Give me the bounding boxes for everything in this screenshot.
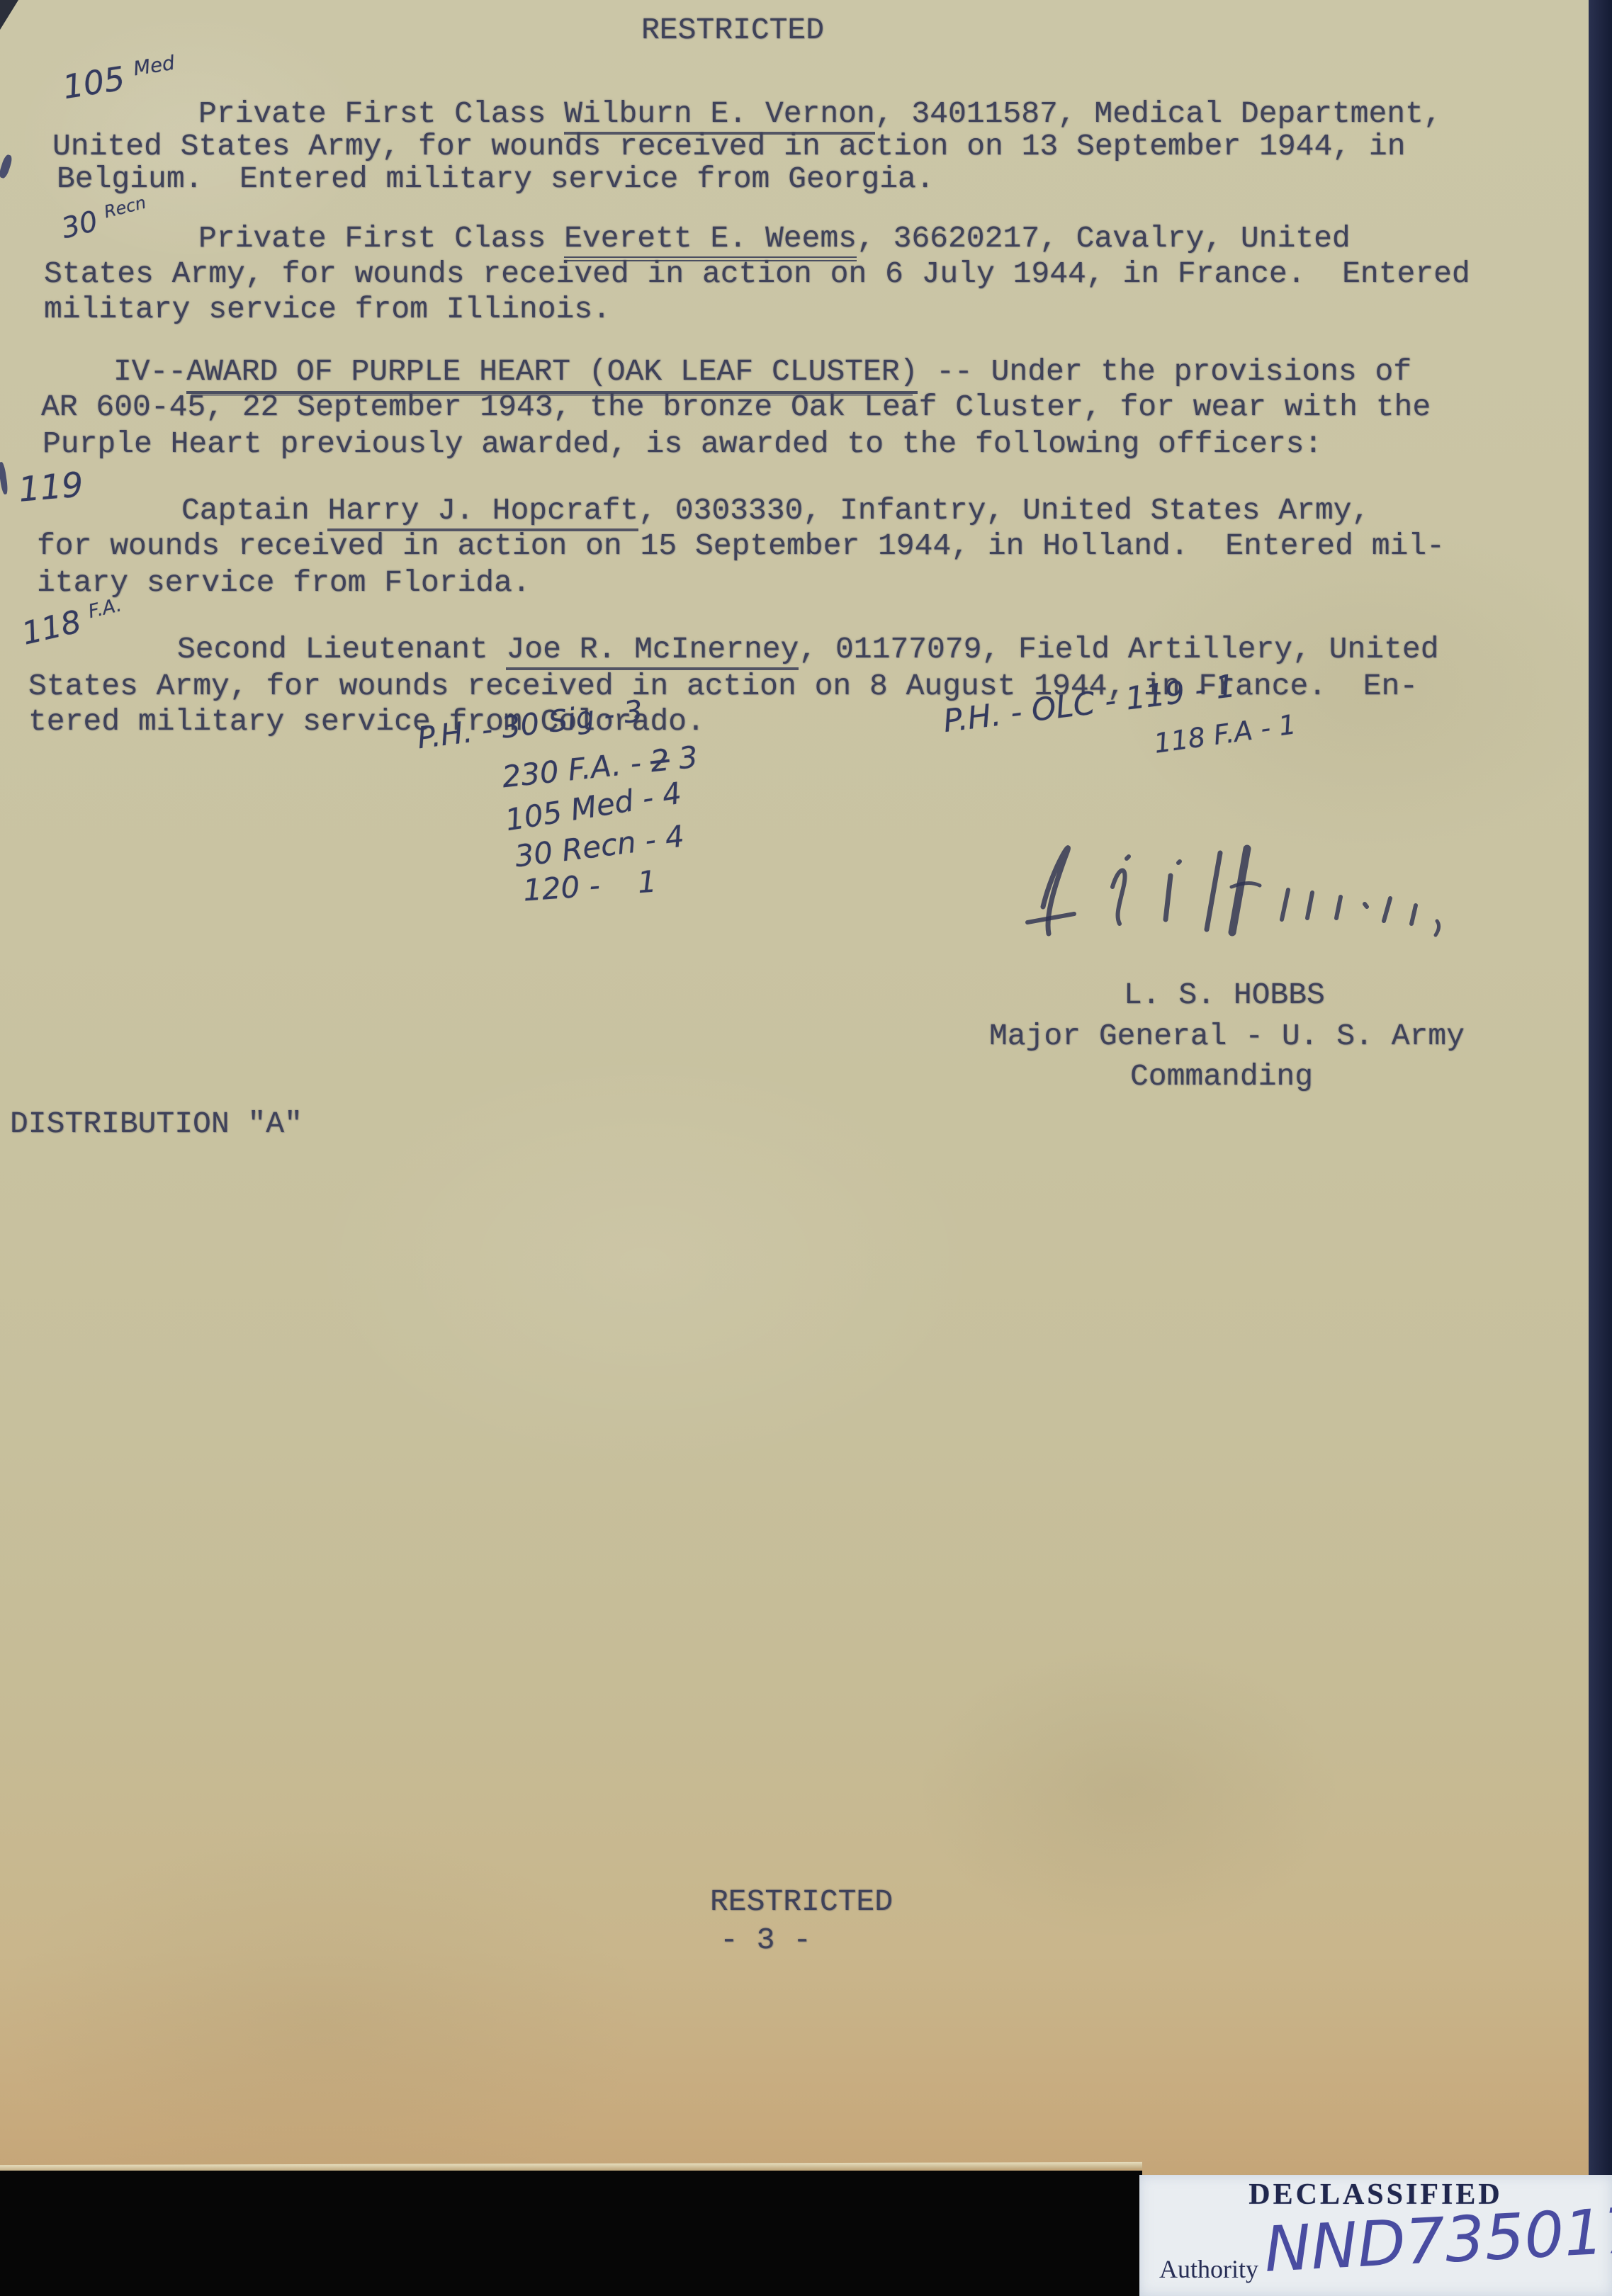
- margin-note-sup: Med: [132, 51, 176, 81]
- hopcraft-line-1-post: , 0303330, Infantry, United States Army,: [638, 493, 1370, 528]
- margin-note-105-med: 105 Med: [60, 51, 179, 106]
- classification-footer: RESTRICTED: [710, 1886, 893, 1918]
- margin-note-main: 105: [60, 57, 138, 106]
- ink-smudge: [0, 154, 13, 179]
- margin-note-main: 118: [18, 601, 94, 652]
- note-118fa-tally: 118 F.A - 1: [1152, 708, 1298, 759]
- weems-line-3: military service from Illinois.: [44, 293, 611, 326]
- margin-note-30-recn: 30 Recn: [58, 193, 151, 246]
- section4-numeral: IV--: [113, 354, 186, 389]
- weems-line-1-post: , 36620217, Cavalry, United: [857, 221, 1351, 256]
- weems-line-1-pre: Private First Class: [198, 221, 564, 256]
- signer-rank: Major General - U. S. Army: [989, 1020, 1465, 1053]
- hopcraft-line-2: for wounds received in action on 15 Sept…: [37, 530, 1445, 562]
- declassified-stamp: DECLASSIFIED Authority NND735017: [1139, 2175, 1612, 2296]
- section4-line-3: Purple Heart previously awarded, is awar…: [43, 428, 1322, 460]
- scan-corner-shadow: [0, 0, 18, 30]
- section4-underlined-heading: AWARD OF PURPLE HEART (OAK LEAF CLUSTER): [186, 354, 918, 394]
- signer-name: L. S. HOBBS: [1124, 979, 1325, 1012]
- margin-note-sup: Recn: [102, 192, 148, 222]
- vernon-line-2: United States Army, for wounds received …: [52, 130, 1406, 163]
- hopcraft-line-3: itary service from Florida.: [37, 567, 531, 599]
- ink-smudge: [0, 462, 9, 495]
- section4-line-1: IV--AWARD OF PURPLE HEART (OAK LEAF CLUS…: [113, 356, 1411, 388]
- hopcraft-line-1: Captain Harry J. Hopcraft, 0303330, Infa…: [181, 494, 1370, 527]
- margin-note-119: 119: [17, 465, 85, 510]
- declassified-authority-label: Authority: [1159, 2254, 1258, 2284]
- mcinerney-underlined-name: Joe R. McInerney: [506, 632, 799, 670]
- page-number: - 3 -: [720, 1924, 811, 1957]
- margin-note-118-fa: 118 F.A.: [18, 594, 127, 652]
- weems-line-1: Private First Class Everett E. Weems, 36…: [198, 222, 1351, 255]
- mcinerney-line-1-post: , 01177079, Field Artillery, United: [799, 632, 1438, 667]
- vernon-line-1: Private First Class Wilburn E. Vernon, 3…: [198, 98, 1442, 130]
- classification-header: RESTRICTED: [641, 14, 824, 47]
- weems-underlined-name: Everett E. Weems: [564, 221, 857, 261]
- distribution-line: DISTRIBUTION "A": [10, 1108, 303, 1141]
- mcinerney-line-1-pre: Second Lieutenant: [177, 632, 506, 667]
- hopcraft-line-1-pre: Captain: [181, 493, 327, 528]
- margin-note-main: 30: [58, 203, 110, 245]
- scan-edge-strip: [1589, 0, 1612, 2176]
- signer-title: Commanding: [1130, 1061, 1313, 1093]
- hopcraft-underlined-name: Harry J. Hopcraft: [327, 493, 638, 531]
- scan-background-bar: [0, 2171, 1142, 2296]
- scanned-document-page: RESTRICTED 105 Med Private First Class W…: [0, 0, 1612, 2296]
- vernon-line-1-pre: Private First Class: [198, 96, 564, 131]
- vernon-line-3: Belgium. Entered military service from G…: [57, 163, 935, 196]
- handwritten-signature: [1006, 822, 1488, 953]
- mcinerney-line-1: Second Lieutenant Joe R. McInerney, 0117…: [177, 633, 1439, 666]
- vernon-line-1-post: , 34011587, Medical Department,: [875, 96, 1442, 131]
- section4-line-1-post: -- Under the provisions of: [918, 354, 1411, 389]
- section4-line-2: AR 600-45, 22 September 1943, the bronze…: [41, 391, 1431, 424]
- tally-230fa-post: 3: [667, 740, 699, 777]
- weems-line-2: States Army, for wounds received in acti…: [44, 258, 1470, 290]
